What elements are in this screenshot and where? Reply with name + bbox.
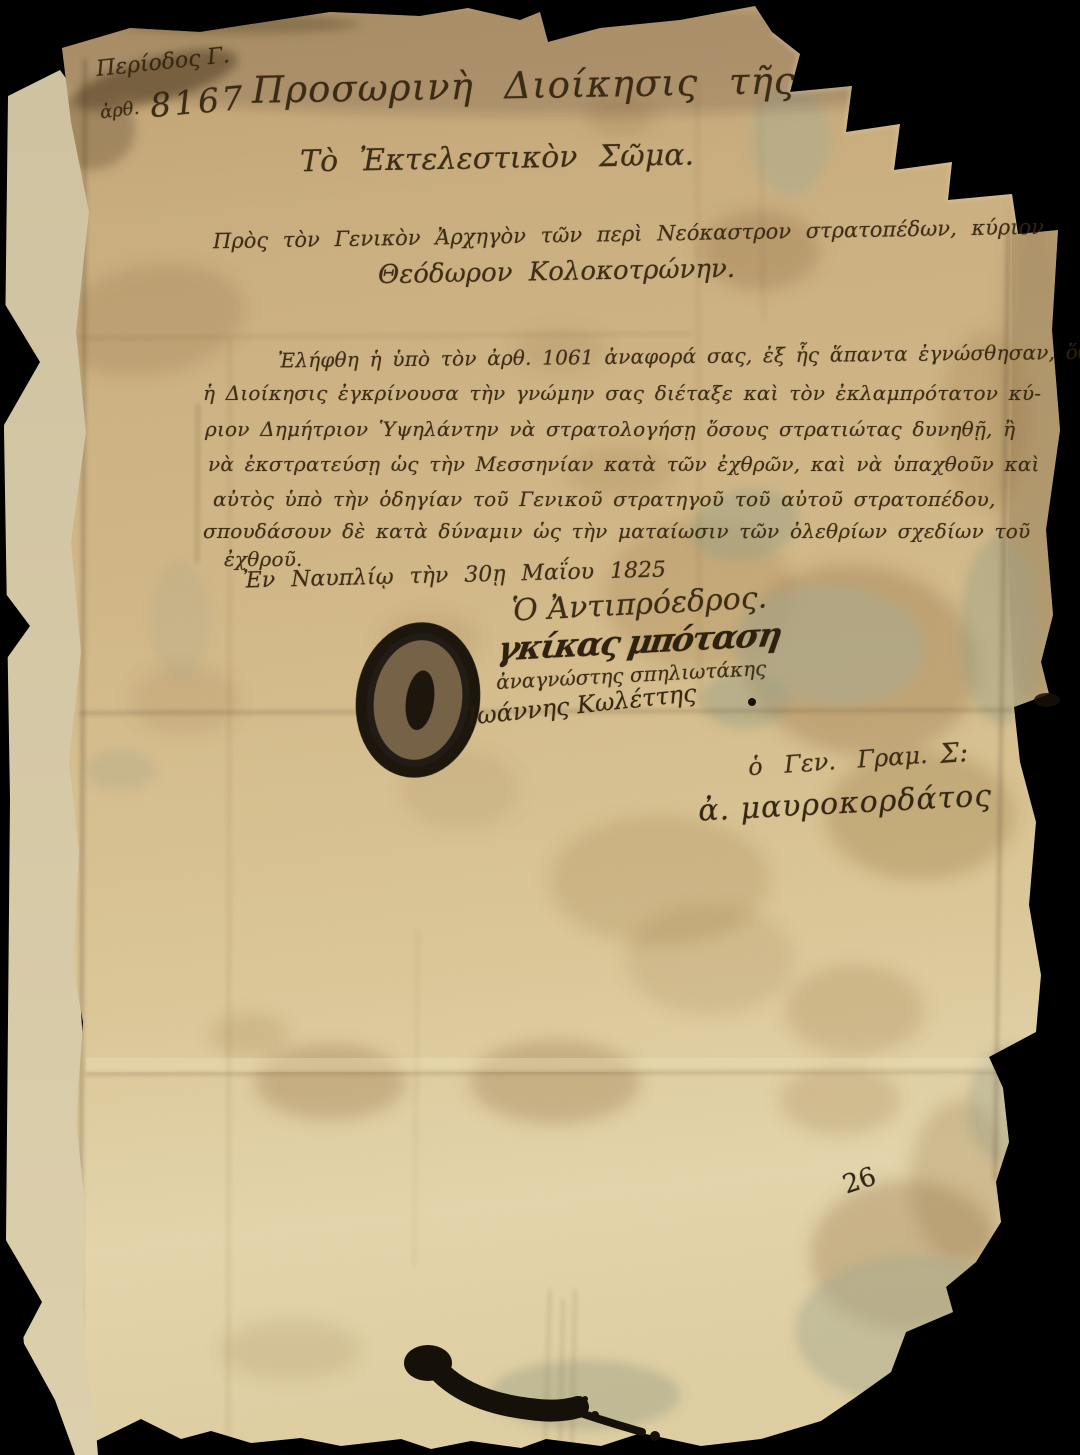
body-line: ἡ Διοίκησις ἐγκρίνουσα τὴν γνώμην σας δι… [203, 381, 1041, 405]
body-line: ριον Δημήτριον Ὑψηλάντην νὰ στρατολογήσῃ… [205, 417, 1015, 441]
document-scan: Περίοδος Γ. ἀρθ. 8167 Προσωρινὴ Διοίκησι… [0, 0, 1080, 1455]
body-line: νὰ ἐκστρατεύσῃ ὡς τὴν Μεσσηνίαν κατὰ τῶν… [208, 452, 1040, 476]
protocol-number-label: ἀρθ. [99, 98, 141, 124]
handwriting-layer: Περίοδος Γ. ἀρθ. 8167 Προσωρινὴ Διοίκησι… [0, 0, 1080, 1455]
executive-body-title: Τὸ Ἐκτελεστικὸν Σῶμα. [300, 138, 695, 180]
secretary-title: ὁ Γεν. Γραμ. [747, 741, 928, 781]
protocol-number: 8167 [148, 78, 247, 125]
body-line: σπουδάσουν δὲ κατὰ δύναμιν ὡς τὴν ματαίω… [203, 519, 1030, 543]
secretary-signature: ἀ. μαυροκορδάτος [697, 778, 993, 828]
address-line-2: Θεόδωρον Κολοκοτρώνην. [378, 254, 736, 290]
archival-page-number: 26 [839, 1162, 880, 1201]
administration-title: Προσωρινὴ Διοίκησις τῆς [252, 59, 796, 111]
secretary-title-suffix: Σ: [939, 737, 969, 770]
address-line-1: Πρὸς τὸν Γενικὸν Ἀρχηγὸν τῶν περὶ Νεόκασ… [213, 215, 1044, 253]
body-line: Ἐλήφθη ἡ ὑπὸ τὸν ἀρθ. 1061 ἀναφορά σας, … [278, 340, 1080, 373]
period-label: Περίοδος Γ. [95, 43, 231, 82]
body-line: αὐτὸς ὑπὸ τὴν ὁδηγίαν τοῦ Γενικοῦ στρατη… [213, 487, 996, 511]
